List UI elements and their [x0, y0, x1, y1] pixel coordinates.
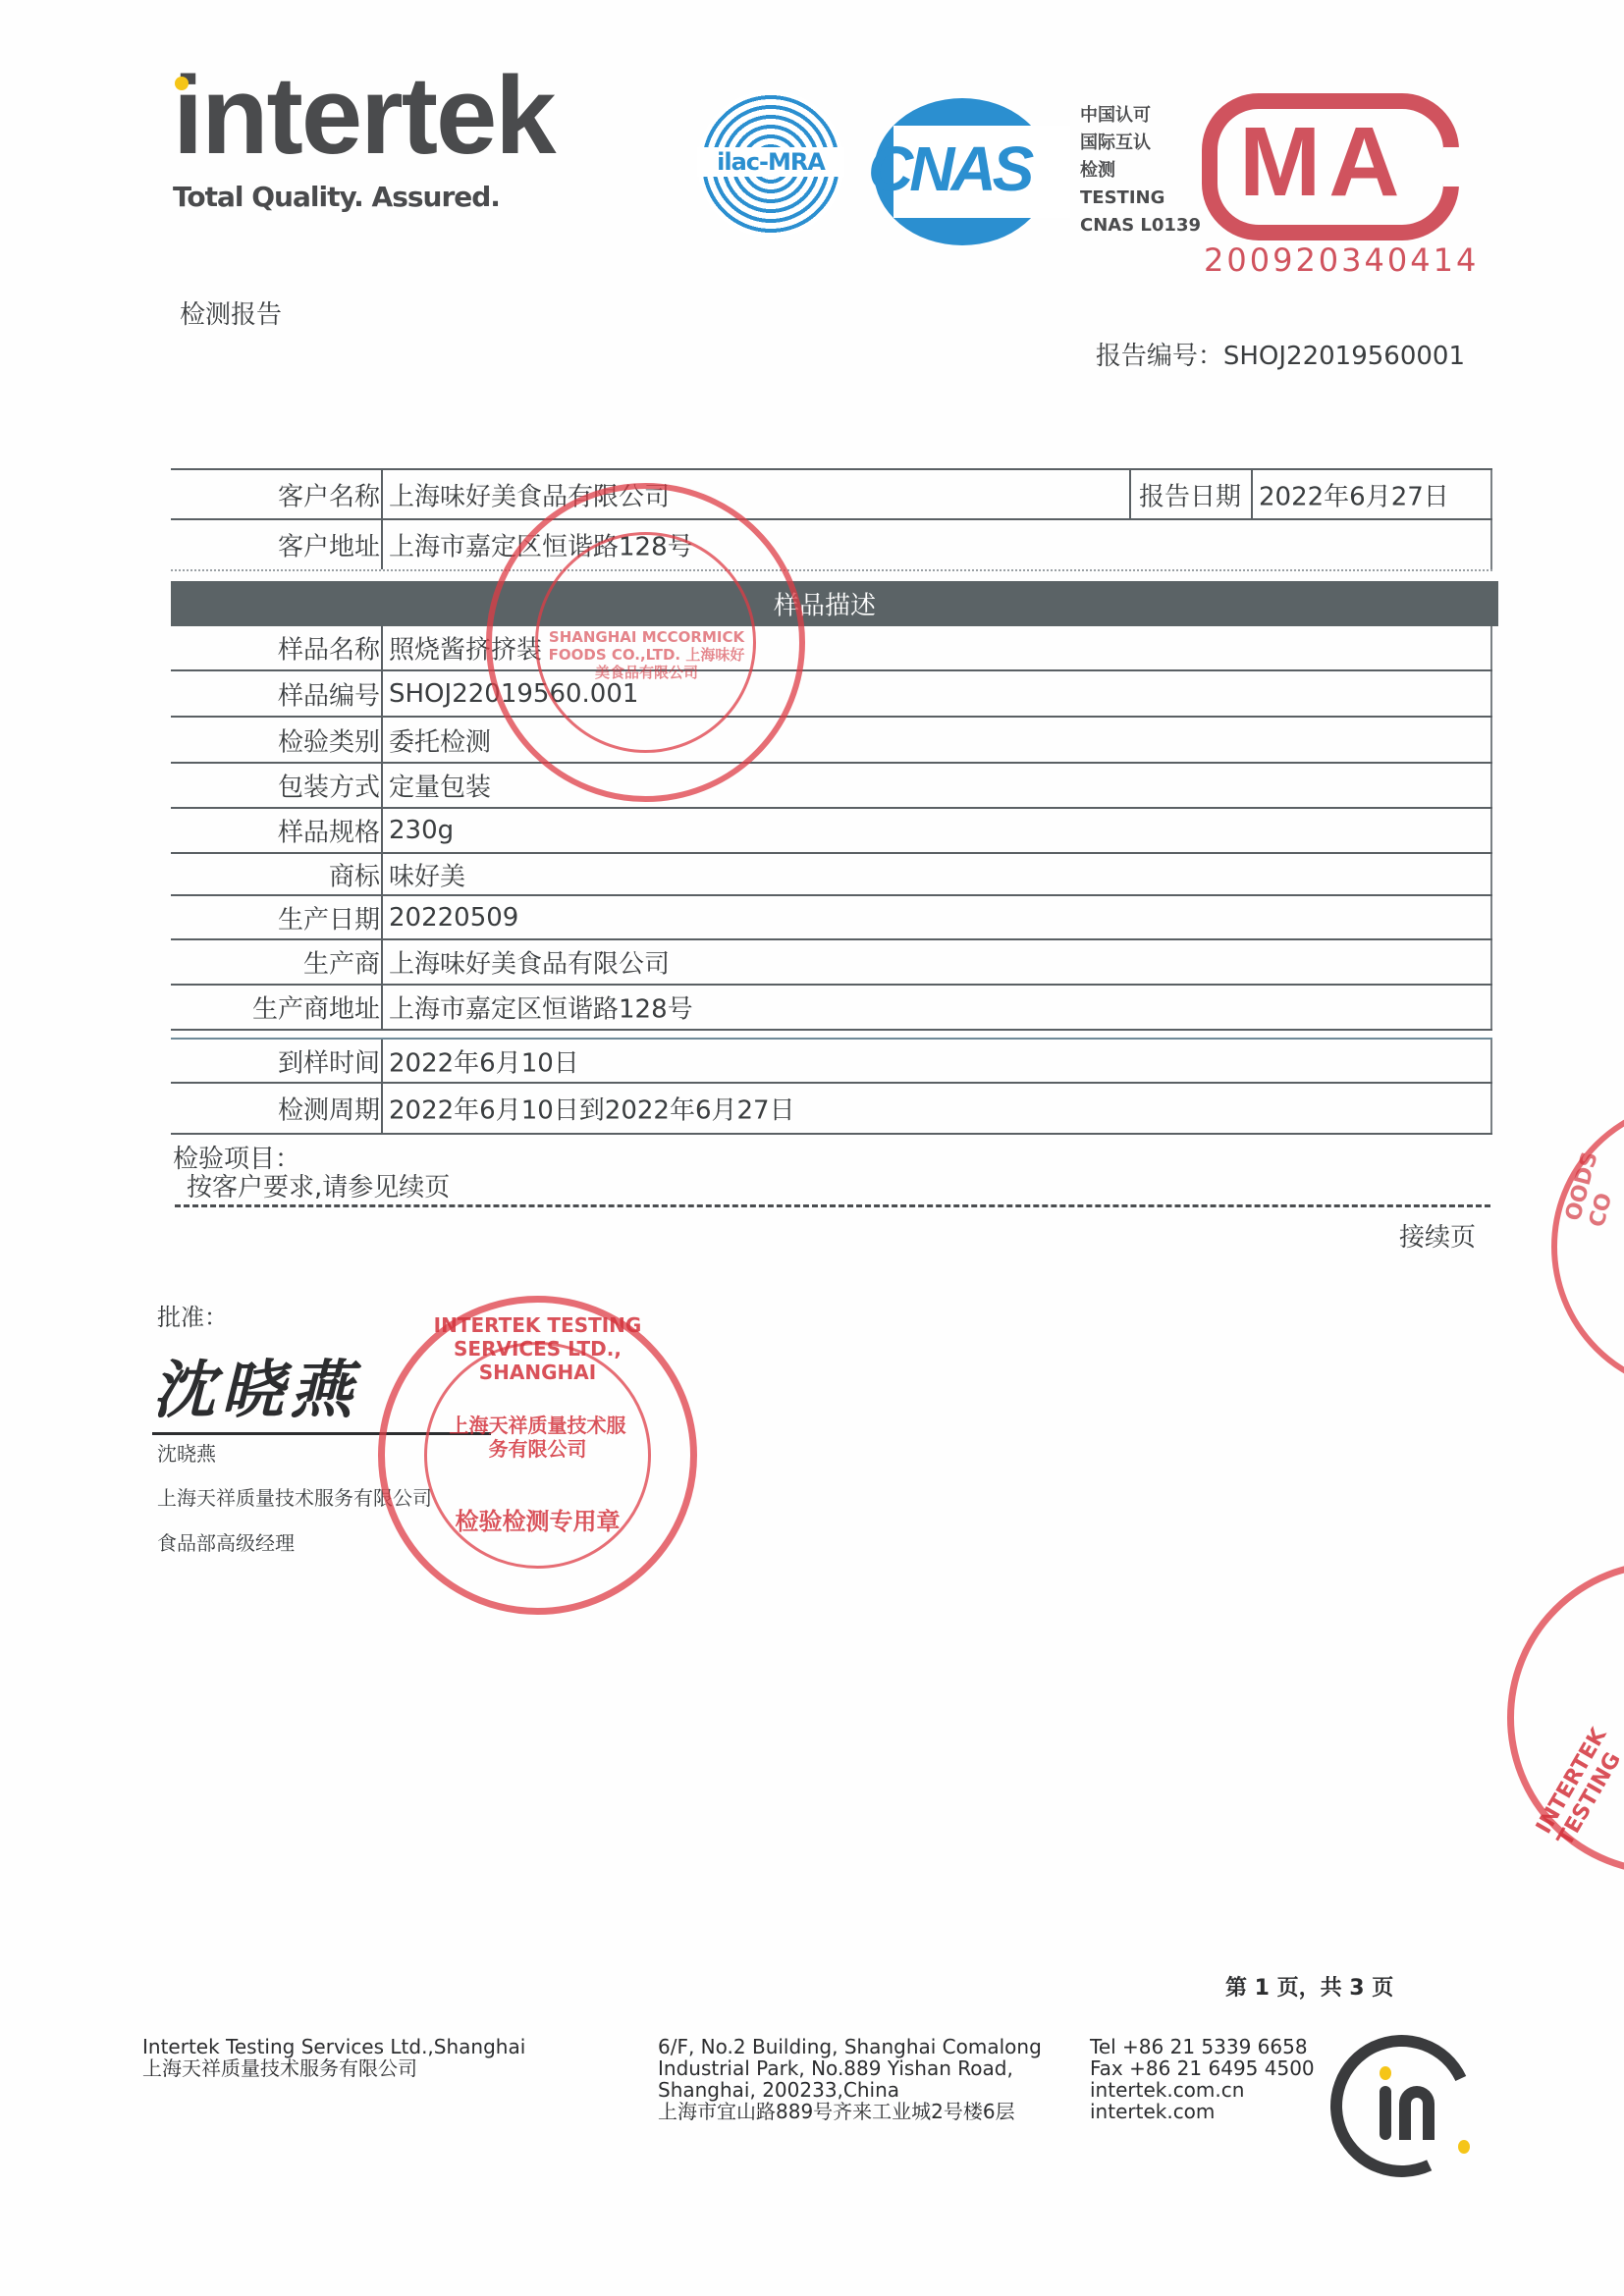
row-label: 客户地址	[171, 527, 380, 563]
right-border	[1490, 986, 1492, 1029]
lab-stamp-center-text: 检验检测专用章	[442, 1502, 633, 1536]
client-stamp-text: SHANGHAI MCCORMICK FOODS CO.,LTD. 上海味好美食…	[546, 628, 747, 681]
divider	[381, 1040, 383, 1082]
row-label: 生产日期	[171, 899, 380, 935]
table-row: 生产日期20220509	[171, 896, 1492, 940]
sample-section-header: 样品描述	[171, 581, 1498, 626]
contact-link[interactable]: intertek.com	[1090, 2101, 1315, 2122]
table-row: 检测周期2022年6月10日到2022年6月27日	[171, 1084, 1492, 1135]
row-value: 2022年6月10日	[389, 1042, 579, 1079]
table-row: 商标味好美	[171, 854, 1492, 896]
footer-contact: Tel +86 21 5339 6658 Fax +86 21 6495 450…	[1090, 2036, 1315, 2122]
row-value: 委托检测	[389, 721, 491, 758]
test-items-value: 按客户要求,请参见续页	[187, 1167, 450, 1203]
divider	[1129, 470, 1131, 518]
cnas-logo-text: CNAS	[868, 133, 1030, 205]
address-line: Industrial Park, No.889 Yishan Road,	[658, 2057, 1042, 2079]
row-label: 检验类别	[171, 721, 380, 758]
footer-company-en: Intertek Testing Services Ltd.,Shanghai	[142, 2036, 525, 2057]
report-number-label: 报告编号：	[1096, 342, 1223, 371]
row-value: 230g	[389, 816, 454, 845]
row-label: 商标	[171, 856, 380, 892]
address-line: Shanghai, 200233,China	[658, 2079, 1042, 2101]
divider	[381, 809, 383, 852]
divider	[381, 718, 383, 762]
row-value: 定量包装	[389, 768, 491, 804]
right-border	[1490, 470, 1492, 518]
row-label: 检测周期	[171, 1091, 380, 1127]
divider	[381, 940, 383, 984]
lab-stamp-inner-text: 上海天祥质量技术服务有限公司	[442, 1414, 633, 1461]
signer-title: 食品部高级经理	[157, 1527, 295, 1556]
row-value: 上海味好美食品有限公司	[389, 944, 670, 981]
table-row: 检验类别委托检测	[171, 718, 1492, 764]
continued-label: 接续页	[1399, 1217, 1476, 1254]
signer-name: 沈晓燕	[157, 1438, 216, 1467]
right-border	[1490, 896, 1492, 938]
table-row: 到样时间2022年6月10日	[171, 1038, 1492, 1084]
footer-logo-dot-icon	[1380, 2066, 1391, 2080]
address-line: 上海市宜山路889号齐来工业城2号楼6层	[658, 2101, 1042, 2122]
divider	[381, 626, 383, 669]
report-date-label: 报告日期	[1139, 476, 1232, 512]
page-indicator: 第 1 页，共 3 页	[1225, 1971, 1393, 2002]
document-title: 检测报告	[180, 294, 282, 331]
report-date-value: 2022年6月27日	[1259, 476, 1449, 512]
row-label: 客户名称	[171, 476, 380, 512]
table-row: 样品名称照烧酱挤挤装	[171, 626, 1492, 671]
tagline: Total Quality. Assured.	[173, 181, 500, 213]
right-border	[1490, 671, 1492, 716]
cma-number: 200920340414	[1204, 241, 1479, 279]
cma-logo-text: MA	[1239, 113, 1408, 211]
report-number: 报告编号：SHOJ22019560001	[1096, 336, 1465, 372]
acc-line: 国际互认	[1080, 130, 1201, 157]
divider	[381, 671, 383, 716]
row-value: 2022年6月10日到2022年6月27日	[389, 1091, 795, 1127]
report-number-value: SHOJ22019560001	[1223, 342, 1465, 371]
divider	[381, 764, 383, 807]
footer-logo-dot-icon	[1458, 2140, 1470, 2154]
divider	[381, 986, 383, 1029]
edge-stamp-icon	[1551, 1099, 1624, 1394]
approval-label: 批准：	[157, 1298, 228, 1332]
divider	[381, 470, 383, 518]
right-border	[1490, 854, 1492, 894]
right-border	[1490, 1040, 1492, 1082]
footer-company: Intertek Testing Services Ltd.,Shanghai …	[142, 2036, 525, 2079]
lab-stamp-outer-text: INTERTEK TESTING SERVICES LTD., SHANGHAI	[393, 1313, 682, 1384]
footer-logo-n-icon	[1399, 2086, 1435, 2140]
divider	[381, 520, 383, 569]
acc-line: 中国认可	[1080, 102, 1201, 130]
right-border	[1490, 626, 1492, 669]
table-row: 样品编号SHOJ22019560.001	[171, 671, 1492, 718]
right-border	[1490, 1084, 1492, 1133]
address-line: 6/F, No.2 Building, Shanghai Comalong	[658, 2036, 1042, 2057]
intertek-logo: intertek	[173, 61, 555, 171]
footer-company-cn: 上海天祥质量技术服务有限公司	[142, 2057, 525, 2079]
divider	[381, 1084, 383, 1133]
acc-line: TESTING	[1080, 185, 1201, 212]
acc-line: CNAS L0139	[1080, 212, 1201, 240]
divider	[381, 854, 383, 894]
row-value: 上海市嘉定区恒谐路128号	[389, 989, 693, 1026]
right-border	[1490, 520, 1492, 569]
contact-tel: Tel +86 21 5339 6658	[1090, 2036, 1315, 2057]
accreditation-text: 中国认可 国际互认 检测 TESTING CNAS L0139	[1080, 102, 1201, 240]
row-value: 20220509	[389, 903, 518, 933]
contact-link[interactable]: intertek.com.cn	[1090, 2079, 1315, 2101]
row-label: 样品编号	[171, 675, 380, 712]
cma-logo-gap	[1443, 147, 1463, 187]
footer-address: 6/F, No.2 Building, Shanghai Comalong In…	[658, 2036, 1042, 2122]
divider	[1251, 470, 1253, 518]
row-value: 味好美	[389, 856, 465, 892]
ilac-mra-label: ilac-MRA	[697, 147, 844, 177]
row-label: 样品规格	[171, 813, 380, 849]
right-border	[1490, 764, 1492, 807]
row-label: 包装方式	[171, 768, 380, 804]
logo-dot-icon	[175, 77, 189, 90]
table-row: 生产商上海味好美食品有限公司	[171, 940, 1492, 986]
right-border	[1490, 718, 1492, 762]
table-row: 样品规格230g	[171, 809, 1492, 854]
signature: 沈晓燕	[152, 1340, 358, 1430]
contact-fax: Fax +86 21 6495 4500	[1090, 2057, 1315, 2079]
row-label: 到样时间	[171, 1042, 380, 1079]
table-row: 客户地址 上海市嘉定区恒谐路128号	[171, 520, 1492, 571]
row-label: 生产商地址	[171, 989, 380, 1026]
acc-line: 检测	[1080, 157, 1201, 185]
dashed-divider	[175, 1204, 1490, 1207]
divider	[381, 896, 383, 938]
table-row: 包装方式定量包装	[171, 764, 1492, 809]
table-row: 客户名称 上海味好美食品有限公司 报告日期 2022年6月27日	[171, 470, 1492, 520]
table-row: 生产商地址上海市嘉定区恒谐路128号	[171, 986, 1492, 1031]
right-border	[1490, 809, 1492, 852]
footer-logo-i-icon	[1380, 2086, 1391, 2140]
row-label: 生产商	[171, 944, 380, 981]
row-label: 样品名称	[171, 630, 380, 667]
right-border	[1490, 940, 1492, 984]
